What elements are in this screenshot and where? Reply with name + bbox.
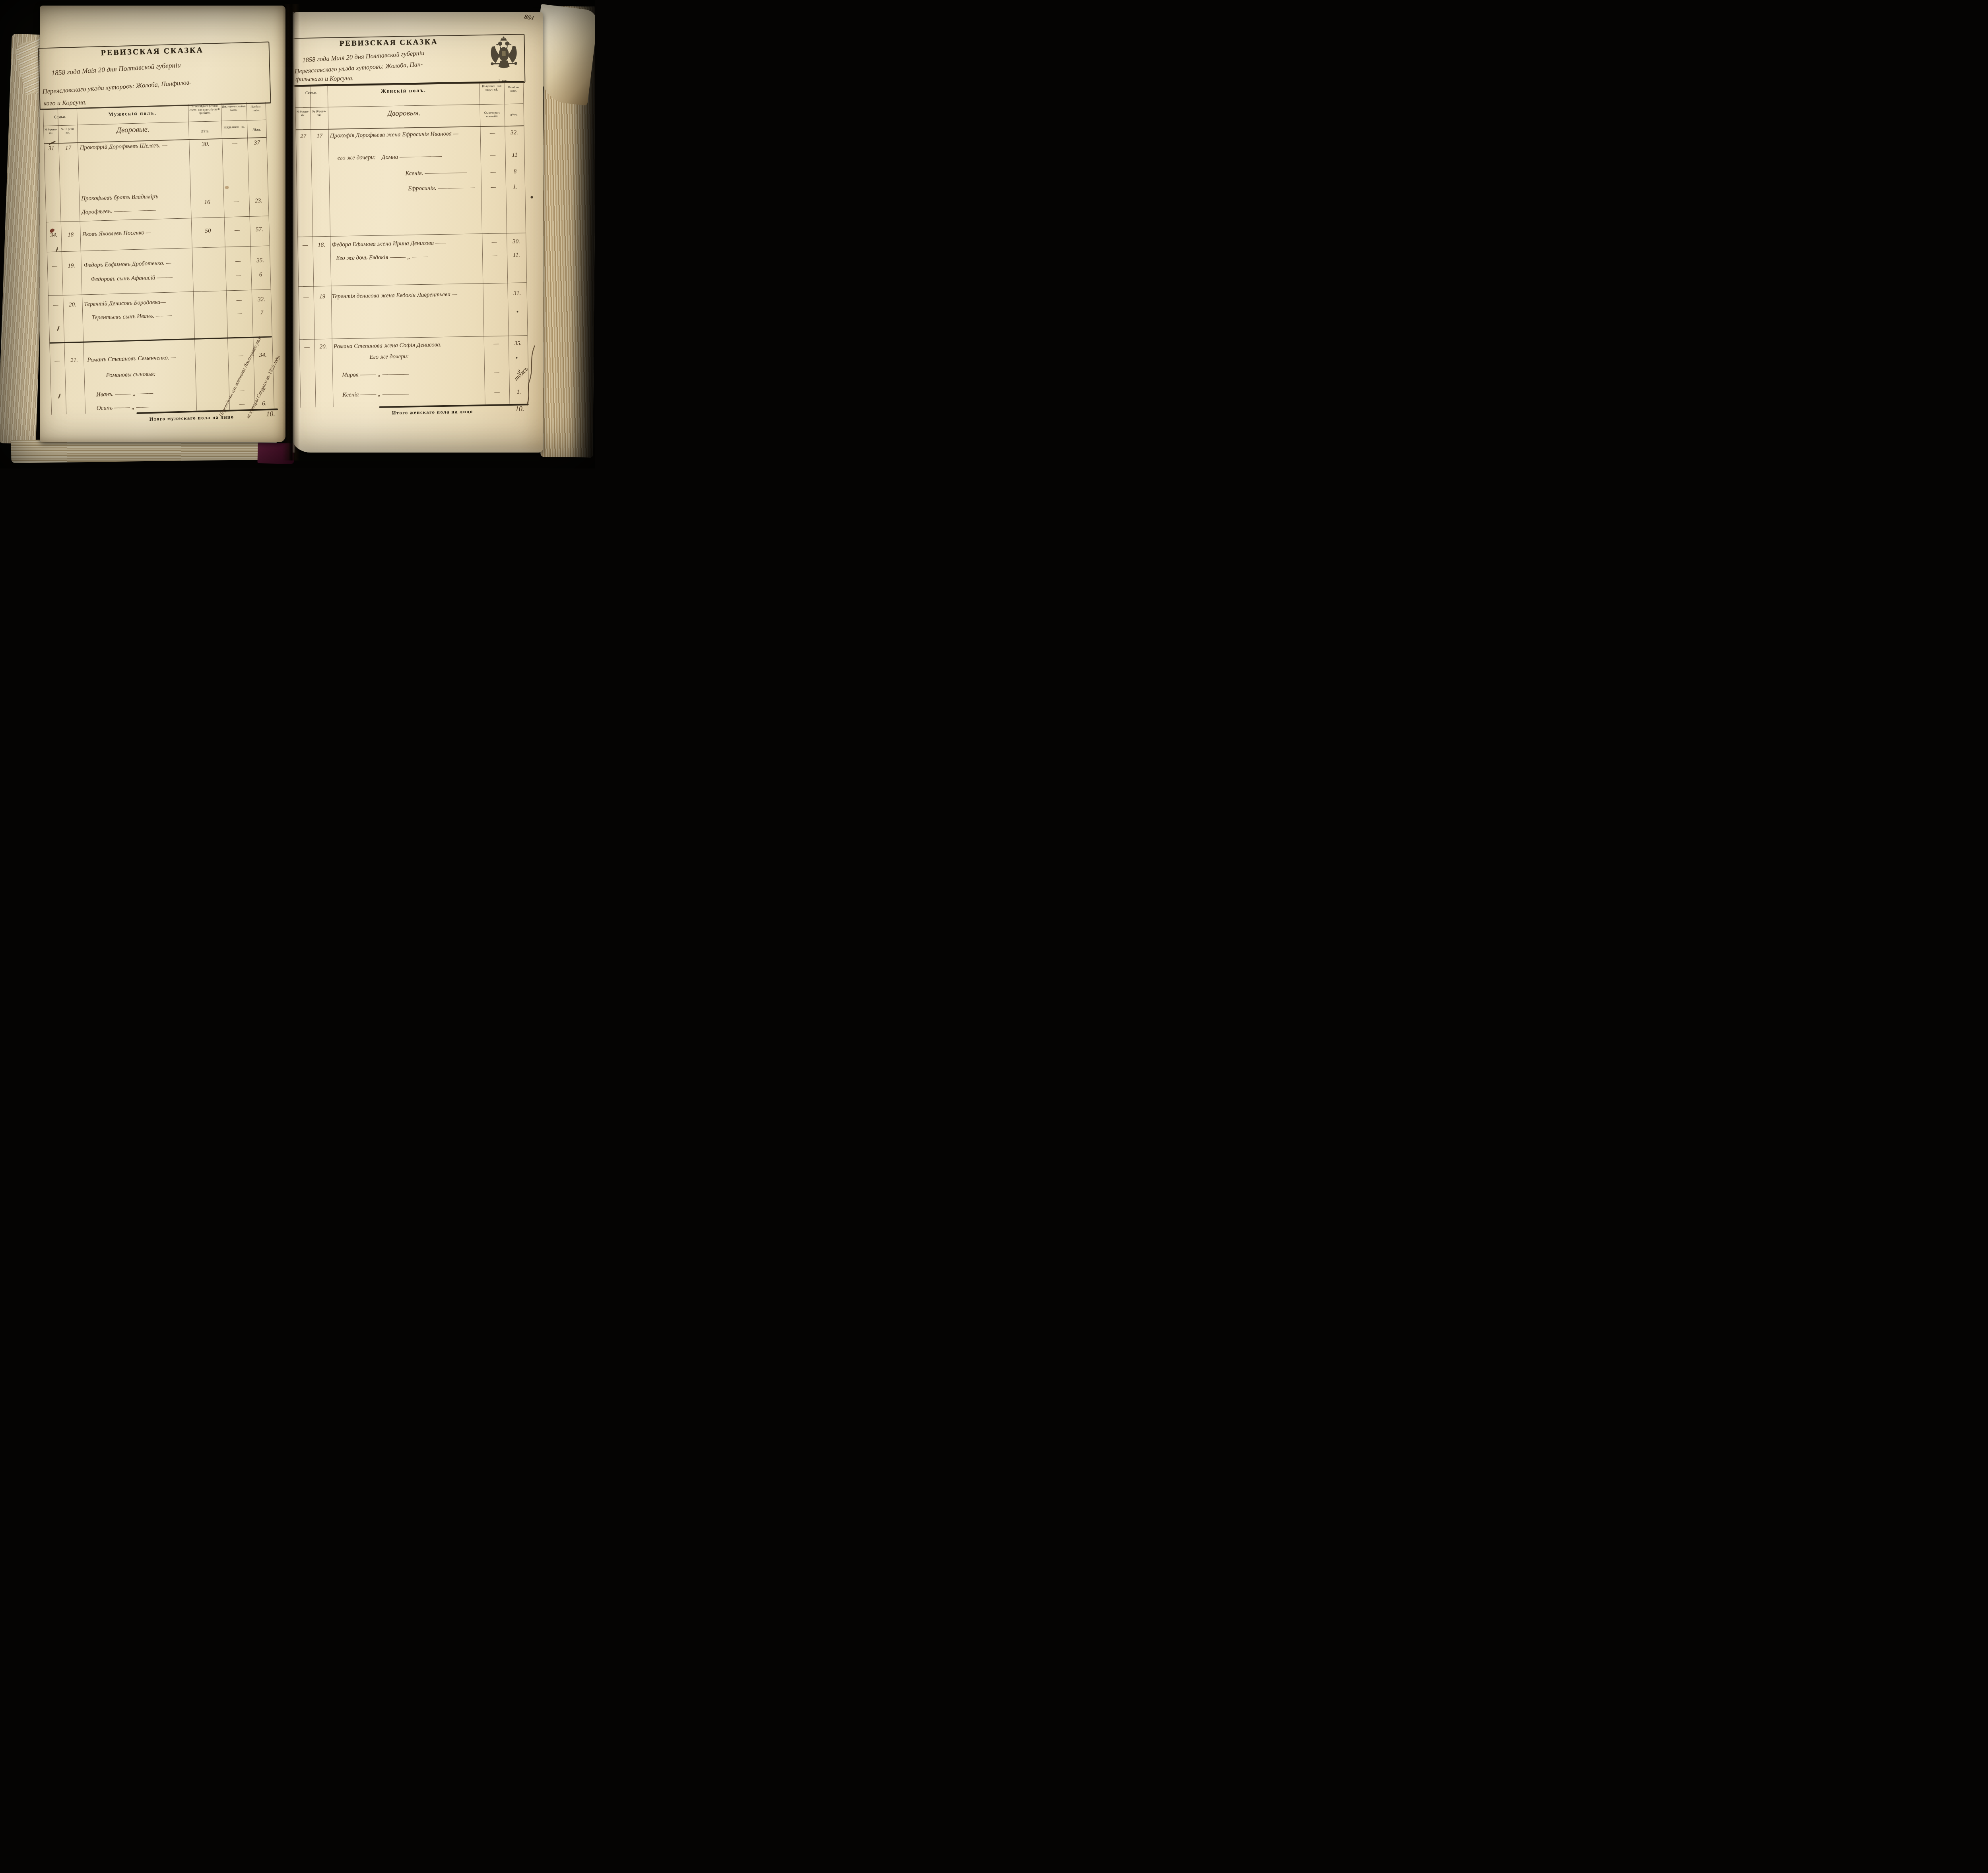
person-name: Яковъ Яковлевъ Посенко — <box>82 228 192 238</box>
table-row: — 19. Федоръ Евфимовъ Дроботенко. — — 35… <box>41 256 287 263</box>
rev10-number: 17 <box>58 145 78 152</box>
departed-when: — <box>227 310 252 318</box>
away-since: — <box>484 369 509 376</box>
col-leta-now: Лѣта. <box>247 128 266 132</box>
age-now: 6 <box>251 271 270 278</box>
away-since: — <box>481 152 505 159</box>
row-divider <box>298 282 526 287</box>
col-sex: Мужескій полъ. <box>77 109 188 118</box>
double-headed-eagle-icon <box>489 36 519 78</box>
page-inner-edge-highlight <box>293 12 295 453</box>
departed-when: — <box>226 297 252 304</box>
person-name: Романъ Степановъ Семенченко. — <box>87 354 198 364</box>
rev9-number: 34. <box>46 232 61 239</box>
rev9-number: — <box>299 294 314 301</box>
table-row: Федоровъ сынъ Афанасій ——— — 6 <box>41 271 287 278</box>
col-departed: Изъ того числа вы- было. <box>221 105 246 112</box>
total-label: Итого мужескаго пола на лицо <box>149 414 234 422</box>
col-estate-handwritten: Дворовые. <box>77 124 189 136</box>
col-sex: Женскій полъ. <box>328 86 480 95</box>
person-name: Прокофьевъ братъ Владиміръ <box>81 192 192 202</box>
person-name: его же дочери: Домна ———————— <box>338 152 490 161</box>
diagonal-note: Переведены изъ вотчины Лохвицкаго уѣз: з… <box>202 327 302 437</box>
col-estate-handwritten: Дворовыя. <box>328 108 480 119</box>
rev9-number: — <box>299 344 315 351</box>
departed-when: — <box>223 198 249 206</box>
table-row: Прокофьевъ братъ Владиміръ <box>39 190 285 196</box>
rev9-number: — <box>297 242 313 249</box>
rev10-number: 18. <box>313 242 330 249</box>
col-rev10: № 10 реви- зіи. <box>58 127 77 135</box>
person-name: Его же дочь Евдокія ——— „ ——— <box>336 253 489 262</box>
person-name: Романовы сыновья: <box>106 369 216 379</box>
col-leta: Лѣта. <box>188 129 221 134</box>
person-name: Романа Степанова жена Софія Денисова. — <box>334 341 486 350</box>
rev9-number: — <box>48 302 63 309</box>
margin-flourish-icon <box>524 344 538 408</box>
right-page: РЕВИЗСКАЯ СКАЗКА 1858 года Маія 20 дня П… <box>293 12 543 453</box>
person-name: Федоровъ сынъ Афанасій ——— <box>91 273 201 283</box>
col-rev9: № 9 реви- зіи. <box>44 128 58 135</box>
total-label: Итого женскаго пола на лицо <box>392 409 473 416</box>
col-rev10: № 10 реви- зіи. <box>311 110 328 117</box>
table-line <box>58 107 67 414</box>
away-since: — <box>482 252 507 259</box>
age-last-revision: 50 <box>191 227 224 235</box>
away-since: — <box>480 130 505 137</box>
person-name: Прокофія Дорофѣева жена Ефросинія Иванов… <box>330 130 483 139</box>
person-name: Федоръ Евфимовъ Дроботенко. — <box>84 259 194 269</box>
person-name: Дорофѣевъ. ———————— <box>82 206 192 216</box>
age-now: 35. <box>250 257 270 264</box>
departed-when: — <box>225 272 251 280</box>
ink-dot <box>516 311 518 313</box>
age-now: 1. <box>506 183 525 190</box>
paper-stain <box>225 186 229 189</box>
col-family: Семьи. <box>295 91 328 96</box>
age-now: 11 <box>505 152 524 159</box>
age-last-revision: 16 <box>190 199 223 206</box>
person-name: Терентія денисова жена Евдокія Лаврентье… <box>332 291 485 300</box>
rev9-number: — <box>50 358 64 365</box>
col-when: Когда имен- но. <box>222 125 247 129</box>
rev10-number: 21. <box>64 357 83 364</box>
away-since: — <box>485 389 509 396</box>
ink-dot <box>530 196 533 198</box>
person-name: Федора Ефимова жена Ирина Денисова —— <box>332 239 484 248</box>
rev10-number: 19 <box>314 293 331 301</box>
age-now: 57. <box>250 226 269 233</box>
rev10-number: 17 <box>311 133 328 140</box>
row-divider <box>299 335 528 340</box>
rev9-number: 31 <box>44 145 58 152</box>
pen-mark <box>58 393 61 398</box>
pen-mark <box>57 326 60 331</box>
total-value: 10. <box>515 404 524 413</box>
age-last-revision: 30. <box>189 141 222 148</box>
table-line <box>43 108 52 415</box>
person-name: Марѳя ——— „ ————— <box>342 369 495 379</box>
age-now: 32. <box>252 296 271 303</box>
table-line <box>295 125 524 130</box>
rev10-number: 20. <box>63 301 82 309</box>
table-row: Терентьевъ сынъ Иванъ. ——— — 7 <box>42 309 288 316</box>
rev9-number: 27 <box>296 133 311 140</box>
place-line-2: фильскаго и Корсуна. <box>295 75 353 84</box>
person-name: Прокофрій Дорофѣевъ Шелягъ. — <box>80 142 190 152</box>
age-now: 8 <box>505 168 524 175</box>
table-line <box>188 104 197 411</box>
total-line <box>379 404 529 408</box>
person-name: Иванъ. ——— „ ——— <box>96 389 207 398</box>
table-line <box>77 107 86 414</box>
away-since: — <box>481 169 505 176</box>
table-row: Дорофѣевъ. ———————— 16 — 23. <box>39 203 285 210</box>
departed-when: — <box>222 140 247 148</box>
table-row: — 20. Терентій Денисовъ Бородавка— — 32. <box>42 295 287 302</box>
age-now: 30. <box>507 238 526 245</box>
person-name: Ксенія ——— „ ————— <box>342 389 495 398</box>
row-divider <box>297 233 526 237</box>
col-rev9: № 9 реви- зіи. <box>296 110 310 117</box>
col-present: Нынѣ на лицо. <box>505 85 523 93</box>
age-now: 37 <box>247 140 266 147</box>
rev10-number: 18 <box>61 231 80 239</box>
col-away: Во времен- ной отлуч- кѣ. <box>480 84 504 92</box>
person-name: Терентьевъ сынъ Иванъ. ——— <box>91 311 202 321</box>
departed-when: — <box>224 227 250 234</box>
away-since: — <box>484 340 509 348</box>
rev10-number: 19. <box>62 262 81 270</box>
person-name: Осипъ ——— „ ——— <box>97 402 207 412</box>
col-present: Нынѣ на лицо. <box>247 105 265 113</box>
ink-dot <box>516 357 518 359</box>
age-now: 31. <box>508 290 527 297</box>
col-last-revision: По послѣдней ревизіи состо- яло и послѣ … <box>188 104 221 115</box>
age-now: 7 <box>252 309 271 317</box>
person-name: Его же дочери: <box>369 351 522 360</box>
age-now: 11. <box>507 252 526 259</box>
rev10-number: 20. <box>315 344 332 351</box>
book-cover <box>257 443 294 464</box>
away-since: — <box>482 239 507 246</box>
book-photo: 864 РЕВИЗСКАЯ СКАЗКА 1858 года Маія 20 д… <box>0 0 595 468</box>
age-now: 23. <box>249 198 268 205</box>
person-name: Терентій Денисовъ Бородавка— <box>84 298 194 308</box>
total-value: 10. <box>266 410 275 418</box>
rev9-number: — <box>47 263 62 270</box>
left-page: РЕВИЗСКАЯ СКАЗКА 1858 года Маія 20 дня П… <box>40 6 285 442</box>
age-now: 32. <box>505 129 524 136</box>
col-since: Съ котораго времени. <box>480 111 504 119</box>
departed-when: — <box>225 258 250 265</box>
place-line-2: каго и Корсуна. <box>43 98 87 107</box>
col-leta: Лѣта. <box>505 113 524 117</box>
away-since: — <box>481 184 506 191</box>
table-line <box>295 103 523 108</box>
table-row: 34. 18 Яковъ Яковлевъ Посенко — 50 — 57. <box>40 225 285 232</box>
col-family: Семьи. <box>43 115 77 120</box>
